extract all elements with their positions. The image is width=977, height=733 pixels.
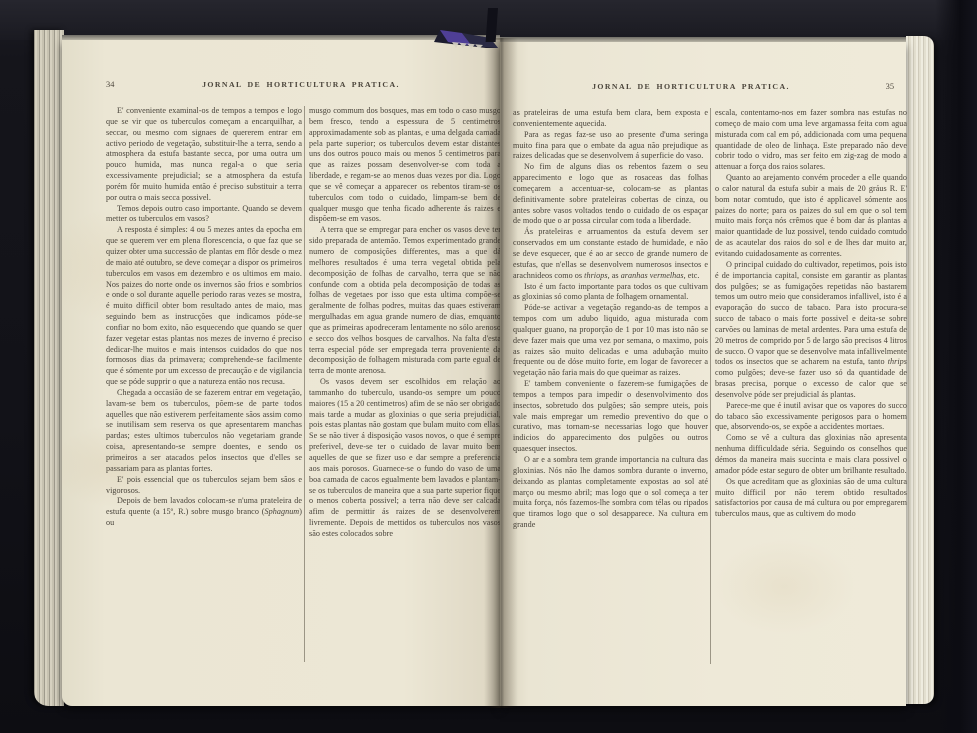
paragraph: Isto é um facto importante para todos os…	[513, 282, 708, 304]
page-edges-right	[906, 36, 934, 704]
paragraph: Póde-se activar a vegetação regando-as d…	[513, 303, 708, 379]
page-number: 35	[886, 82, 894, 91]
journal-title: JORNAL DE HORTICULTURA PRATICA.	[122, 80, 480, 89]
page-number: 34	[106, 80, 114, 89]
paragraph: Temos depois outro caso importante. Quan…	[106, 204, 302, 226]
page-top-edge	[500, 37, 906, 42]
page-left: 34 JORNAL DE HORTICULTURA PRATICA. E' co…	[62, 40, 500, 706]
journal-title: JORNAL DE HORTICULTURA PRATICA.	[516, 82, 866, 91]
gutter-shadow	[484, 38, 518, 708]
page-right: JORNAL DE HORTICULTURA PRATICA. 35 as pr…	[500, 42, 906, 706]
paragraph: Quanto ao arejamento convém proceder a e…	[715, 173, 907, 260]
bookmark-ribbon	[428, 8, 514, 52]
book-scene: 34 JORNAL DE HORTICULTURA PRATICA. E' co…	[0, 0, 977, 733]
paragraph: Parece-me que é inutil avisar que os vap…	[715, 401, 907, 434]
text-column-left: as prateleiras de uma estufa bem clara, …	[513, 108, 708, 531]
running-head: JORNAL DE HORTICULTURA PRATICA. 35	[500, 82, 906, 96]
paragraph: No fim de alguns dias os rebentos fazem …	[513, 162, 708, 227]
paragraph: A resposta é simples: 4 ou 5 mezes antes…	[106, 225, 302, 388]
paragraph: musgo commum dos bosques, mas em todo o …	[309, 106, 501, 225]
paragraph: Ás prateleiras e arruamentos da estufa d…	[513, 227, 708, 281]
page-edges-left	[34, 30, 64, 706]
paragraph: E' conveniente examinal-os de tempos a t…	[106, 106, 302, 204]
paragraph: Os vasos devem ser escolhidos em relação…	[309, 377, 501, 540]
column-rule	[710, 108, 711, 664]
paragraph: Como se vê a cultura das gloxinias não a…	[715, 433, 907, 476]
text-column-right: musgo commum dos bosques, mas em todo o …	[309, 106, 501, 540]
paragraph: A terra que se empregar para encher os v…	[309, 225, 501, 377]
paragraph: E' pois essencial que os tuberculos seja…	[106, 475, 302, 497]
paragraph: as prateleiras de uma estufa bem clara, …	[513, 108, 708, 130]
paragraph: Para as regas faz-se uso ao presente d'u…	[513, 130, 708, 163]
paragraph: O ar e a sombra tem grande importancia n…	[513, 455, 708, 531]
column-rule	[304, 106, 305, 662]
running-head: 34 JORNAL DE HORTICULTURA PRATICA.	[62, 80, 500, 94]
paragraph: E' tambem conveniente o fazerem-se fumig…	[513, 379, 708, 455]
paragraph: escala, contentamo-nos em fazer sombra n…	[715, 108, 907, 173]
paragraph: Chegada a occasião de se fazerem entrar …	[106, 388, 302, 475]
paragraph: O principal cuidado do cultivador, repet…	[715, 260, 907, 401]
text-column-left: E' conveniente examinal-os de tempos a t…	[106, 106, 302, 529]
paragraph: Depois de bem lavados colocam-se n'uma p…	[106, 496, 302, 529]
paragraph: Os que acreditam que as gloxinias são de…	[715, 477, 907, 520]
text-column-right: escala, contentamo-nos em fazer sombra n…	[715, 108, 907, 520]
